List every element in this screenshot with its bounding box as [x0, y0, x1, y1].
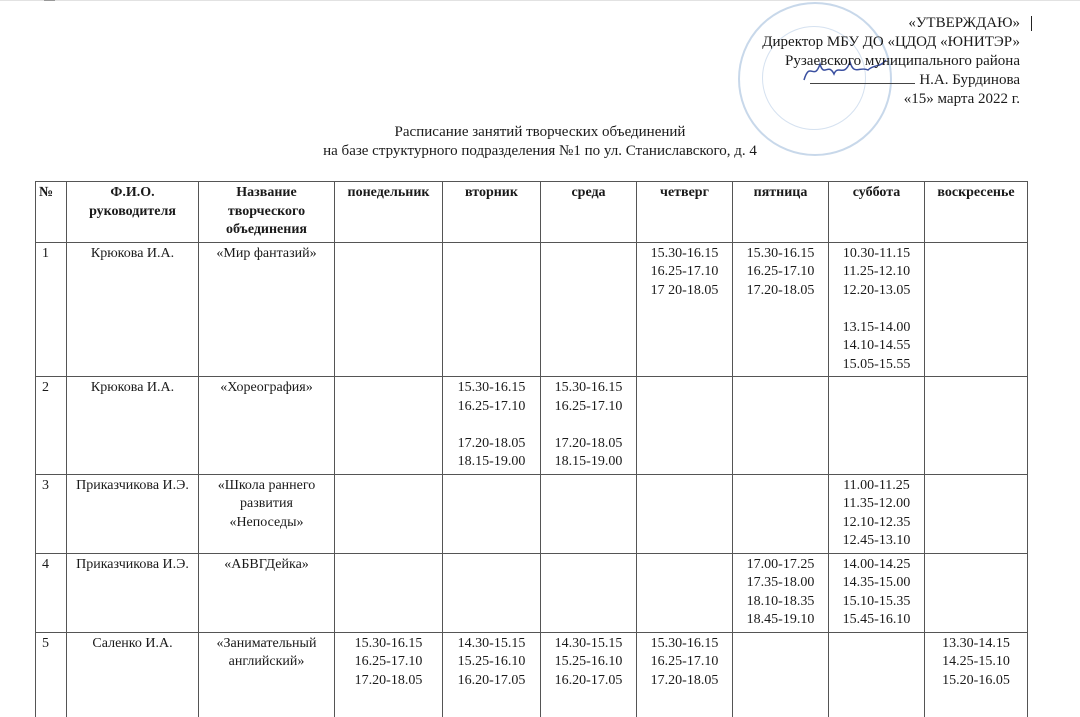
- time-slot: 13.15-14.00: [832, 319, 921, 338]
- signature-line: [810, 71, 915, 84]
- row-number: 1: [36, 242, 67, 377]
- time-slot: 15.20-16.05: [928, 672, 1024, 691]
- schedule-cell-fri: [733, 377, 829, 475]
- time-slot: 15.25-16.10: [446, 653, 537, 672]
- time-slot: 11.25-12.10: [832, 263, 921, 282]
- time-slot: 16.25-17.10: [736, 263, 825, 282]
- teacher-name: Крюкова И.А.: [67, 377, 199, 475]
- schedule-cell-sat: [829, 632, 925, 717]
- schedule-cell-sun: [925, 474, 1028, 553]
- time-slot: 18.45-19.10: [736, 611, 825, 630]
- schedule-cell-mon: [335, 242, 443, 377]
- schedule-cell-thu: [637, 553, 733, 632]
- time-slot: 18.15-19.00: [544, 453, 633, 472]
- schedule-cell-sat: 11.00-11.2511.35-12.0012.10-12.3512.45-1…: [829, 474, 925, 553]
- margin-bar: [1031, 16, 1032, 31]
- time-slot: 17.00-17.25: [736, 556, 825, 575]
- schedule-cell-fri: [733, 632, 829, 717]
- schedule-cell-tue: 14.30-15.1515.25-16.1016.20-17.05: [443, 632, 541, 717]
- table-row: 5Саленко И.А.«Занимательный английский»1…: [36, 632, 1028, 717]
- page-top-edge: [0, 0, 1080, 1]
- schedule-table: №Ф.И.О. руководителяНазвание творческого…: [35, 181, 1028, 717]
- time-slot: 16.25-17.10: [544, 398, 633, 417]
- schedule-cell-tue: 15.30-16.1516.25-17.1017.20-18.0518.15-1…: [443, 377, 541, 475]
- time-slot: 12.10-12.35: [832, 514, 921, 533]
- column-header: Ф.И.О. руководителя: [67, 182, 199, 243]
- group-name: «Занимательный английский»: [199, 632, 335, 717]
- time-slot: 11.00-11.25: [832, 477, 921, 496]
- time-slot: 12.45-13.10: [832, 532, 921, 551]
- time-slot: 14.25-15.10: [928, 653, 1024, 672]
- time-slot: 16.25-17.10: [446, 398, 537, 417]
- group-name: «Мир фантазий»: [199, 242, 335, 377]
- group-name: «АБВГДейка»: [199, 553, 335, 632]
- time-slot: 18.10-18.35: [736, 593, 825, 612]
- schedule-cell-sat: 14.00-14.2514.35-15.0015.10-15.3515.45-1…: [829, 553, 925, 632]
- approval-district: Рузаевского муниципального района: [762, 52, 1020, 71]
- schedule-cell-mon: [335, 474, 443, 553]
- column-header: среда: [541, 182, 637, 243]
- time-slot: 16.20-17.05: [544, 672, 633, 691]
- schedule-cell-mon: 15.30-16.1516.25-17.1017.20-18.05: [335, 632, 443, 717]
- teacher-name: Приказчикова И.Э.: [67, 553, 199, 632]
- column-header: №: [36, 182, 67, 243]
- time-slot: 17.20-18.05: [736, 282, 825, 301]
- column-header: четверг: [637, 182, 733, 243]
- schedule-cell-tue: [443, 474, 541, 553]
- time-slot: 14.35-15.00: [832, 574, 921, 593]
- time-slot: 15.25-16.10: [544, 653, 633, 672]
- time-slot: 11.35-12.00: [832, 495, 921, 514]
- schedule-cell-sun: [925, 377, 1028, 475]
- time-slot: 17.20-18.05: [446, 435, 537, 454]
- approval-heading: «УТВЕРЖДАЮ»: [762, 14, 1020, 33]
- time-slot: 17 20-18.05: [640, 282, 729, 301]
- schedule-cell-fri: 17.00-17.2517.35-18.0018.10-18.3518.45-1…: [733, 553, 829, 632]
- time-slot: 16.25-17.10: [640, 263, 729, 282]
- row-number: 2: [36, 377, 67, 475]
- time-slot: 14.00-14.25: [832, 556, 921, 575]
- schedule-cell-wed: [541, 242, 637, 377]
- time-slot: 14.10-14.55: [832, 337, 921, 356]
- schedule-cell-sat: 10.30-11.1511.25-12.1012.20-13.0513.15-1…: [829, 242, 925, 377]
- schedule-cell-thu: 15.30-16.1516.25-17.1017.20-18.05: [637, 632, 733, 717]
- approval-position: Директор МБУ ДО «ЦДОД «ЮНИТЭР»: [762, 33, 1020, 52]
- time-slot: 15.30-16.15: [446, 379, 537, 398]
- schedule-cell-tue: [443, 242, 541, 377]
- page-mark: [44, 0, 55, 1]
- approval-date: «15» марта 2022 г.: [762, 90, 1020, 109]
- time-slot: 15.30-16.15: [544, 379, 633, 398]
- time-slot: 17.20-18.05: [544, 435, 633, 454]
- schedule-cell-thu: 15.30-16.1516.25-17.1017 20-18.05: [637, 242, 733, 377]
- time-slot: 13.30-14.15: [928, 635, 1024, 654]
- time-slot: 15.30-16.15: [640, 245, 729, 264]
- time-slot: 16.25-17.10: [640, 653, 729, 672]
- schedule-cell-sun: [925, 553, 1028, 632]
- schedule-cell-sun: 13.30-14.1514.25-15.1015.20-16.05: [925, 632, 1028, 717]
- time-slot: 15.30-16.15: [736, 245, 825, 264]
- group-name: «Школа раннего развития «Непоседы»: [199, 474, 335, 553]
- time-slot: 17.20-18.05: [640, 672, 729, 691]
- schedule-cell-wed: [541, 553, 637, 632]
- row-number: 5: [36, 632, 67, 717]
- table-row: 3Приказчикова И.Э.«Школа раннего развити…: [36, 474, 1028, 553]
- group-name: «Хореография»: [199, 377, 335, 475]
- time-slot: 14.30-15.15: [544, 635, 633, 654]
- teacher-name: Крюкова И.А.: [67, 242, 199, 377]
- schedule-cell-sat: [829, 377, 925, 475]
- schedule-cell-fri: [733, 474, 829, 553]
- schedule-cell-mon: [335, 553, 443, 632]
- column-header: вторник: [443, 182, 541, 243]
- table-row: 2Крюкова И.А.«Хореография»15.30-16.1516.…: [36, 377, 1028, 475]
- column-header: понедельник: [335, 182, 443, 243]
- column-header: воскресенье: [925, 182, 1028, 243]
- time-slot: 17.35-18.00: [736, 574, 825, 593]
- schedule-cell-thu: [637, 377, 733, 475]
- time-slot: 15.30-16.15: [640, 635, 729, 654]
- schedule-cell-fri: 15.30-16.1516.25-17.1017.20-18.05: [733, 242, 829, 377]
- document-title: Расписание занятий творческих объединени…: [0, 123, 1080, 161]
- table-header-row: №Ф.И.О. руководителяНазвание творческого…: [36, 182, 1028, 243]
- time-slot: 16.25-17.10: [338, 653, 439, 672]
- schedule-cell-wed: 15.30-16.1516.25-17.1017.20-18.0518.15-1…: [541, 377, 637, 475]
- approval-block: «УТВЕРЖДАЮ» Директор МБУ ДО «ЦДОД «ЮНИТЭ…: [762, 14, 1020, 109]
- row-number: 4: [36, 553, 67, 632]
- schedule-cell-sun: [925, 242, 1028, 377]
- time-slot: 15.45-16.10: [832, 611, 921, 630]
- table-row: 4Приказчикова И.Э.«АБВГДейка»17.00-17.25…: [36, 553, 1028, 632]
- column-header: Название творческого объединения: [199, 182, 335, 243]
- time-slot: 17.20-18.05: [338, 672, 439, 691]
- schedule-cell-mon: [335, 377, 443, 475]
- teacher-name: Приказчикова И.Э.: [67, 474, 199, 553]
- approval-signer: Н.А. Бурдинова: [762, 71, 1020, 90]
- row-number: 3: [36, 474, 67, 553]
- table-row: 1Крюкова И.А.«Мир фантазий»15.30-16.1516…: [36, 242, 1028, 377]
- schedule-cell-wed: [541, 474, 637, 553]
- blank-line: [832, 300, 921, 319]
- blank-line: [446, 416, 537, 435]
- time-slot: 16.20-17.05: [446, 672, 537, 691]
- time-slot: 14.30-15.15: [446, 635, 537, 654]
- schedule-cell-thu: [637, 474, 733, 553]
- time-slot: 10.30-11.15: [832, 245, 921, 264]
- time-slot: 12.20-13.05: [832, 282, 921, 301]
- time-slot: 18.15-19.00: [446, 453, 537, 472]
- schedule-cell-tue: [443, 553, 541, 632]
- time-slot: 15.10-15.35: [832, 593, 921, 612]
- teacher-name: Саленко И.А.: [67, 632, 199, 717]
- column-header: суббота: [829, 182, 925, 243]
- column-header: пятница: [733, 182, 829, 243]
- blank-line: [544, 416, 633, 435]
- time-slot: 15.05-15.55: [832, 356, 921, 375]
- schedule-cell-wed: 14.30-15.1515.25-16.1016.20-17.05: [541, 632, 637, 717]
- time-slot: 15.30-16.15: [338, 635, 439, 654]
